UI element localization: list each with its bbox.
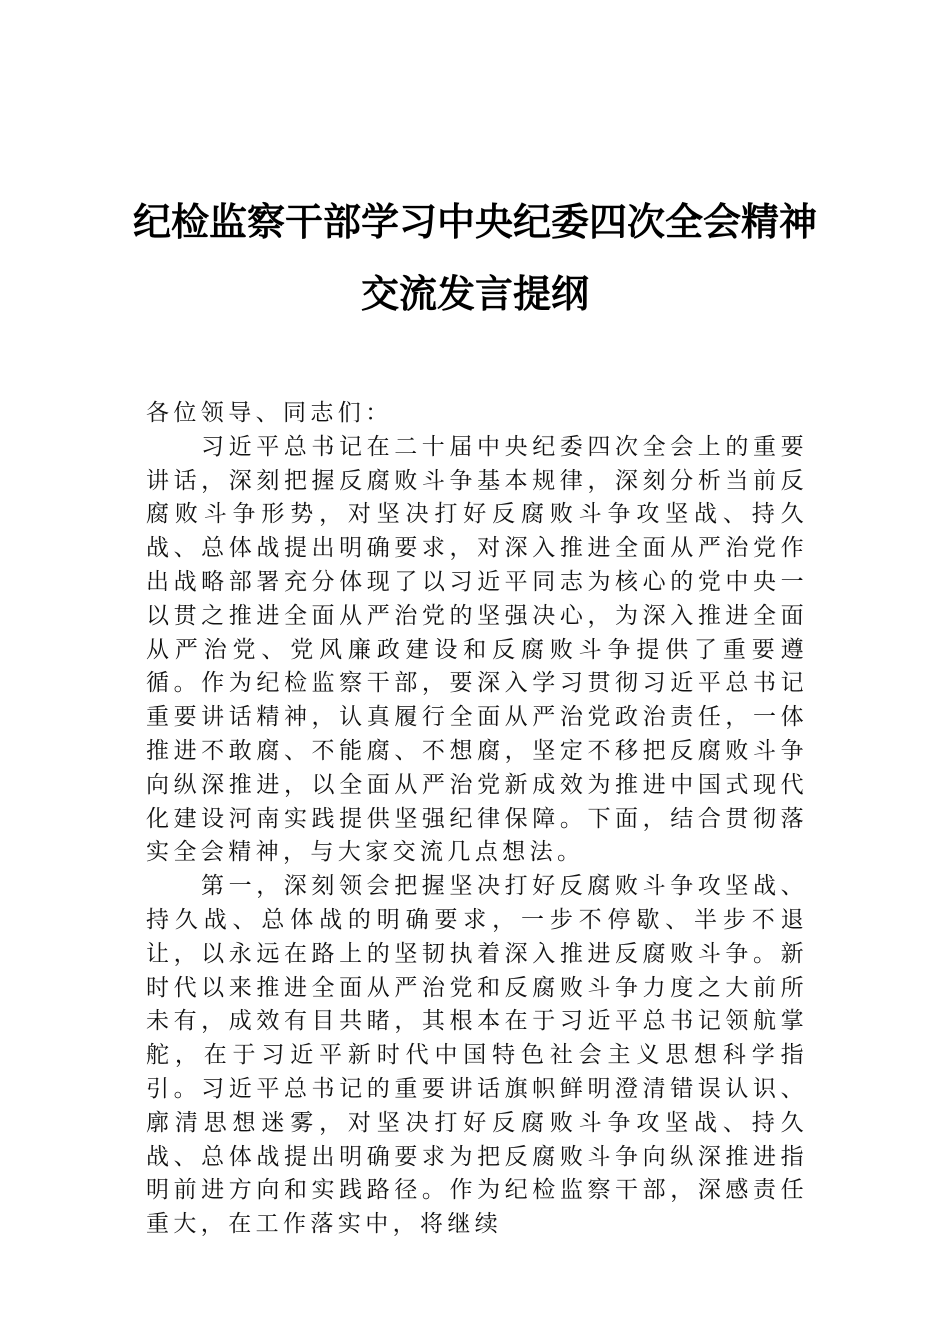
paragraph-first-point: 第一，深刻领会把握坚决打好反腐败斗争攻坚战、持久战、总体战的明确要求，一步不停歇… bbox=[146, 870, 808, 1242]
document-page: 纪检监察干部学习中央纪委四次全会精神 交流发言提纲 各位领导、同志们： 习近平总… bbox=[0, 0, 950, 1344]
document-body: 各位领导、同志们： 习近平总书记在二十届中央纪委四次全会上的重要讲话，深刻把握反… bbox=[146, 397, 808, 1242]
title-line-1: 纪检监察干部学习中央纪委四次全会精神 bbox=[0, 186, 950, 258]
title-line-2: 交流发言提纲 bbox=[0, 258, 950, 330]
paragraph-intro: 习近平总书记在二十届中央纪委四次全会上的重要讲话，深刻把握反腐败斗争基本规律，深… bbox=[146, 431, 808, 870]
document-title: 纪检监察干部学习中央纪委四次全会精神 交流发言提纲 bbox=[0, 186, 950, 330]
salutation: 各位领导、同志们： bbox=[146, 397, 808, 431]
